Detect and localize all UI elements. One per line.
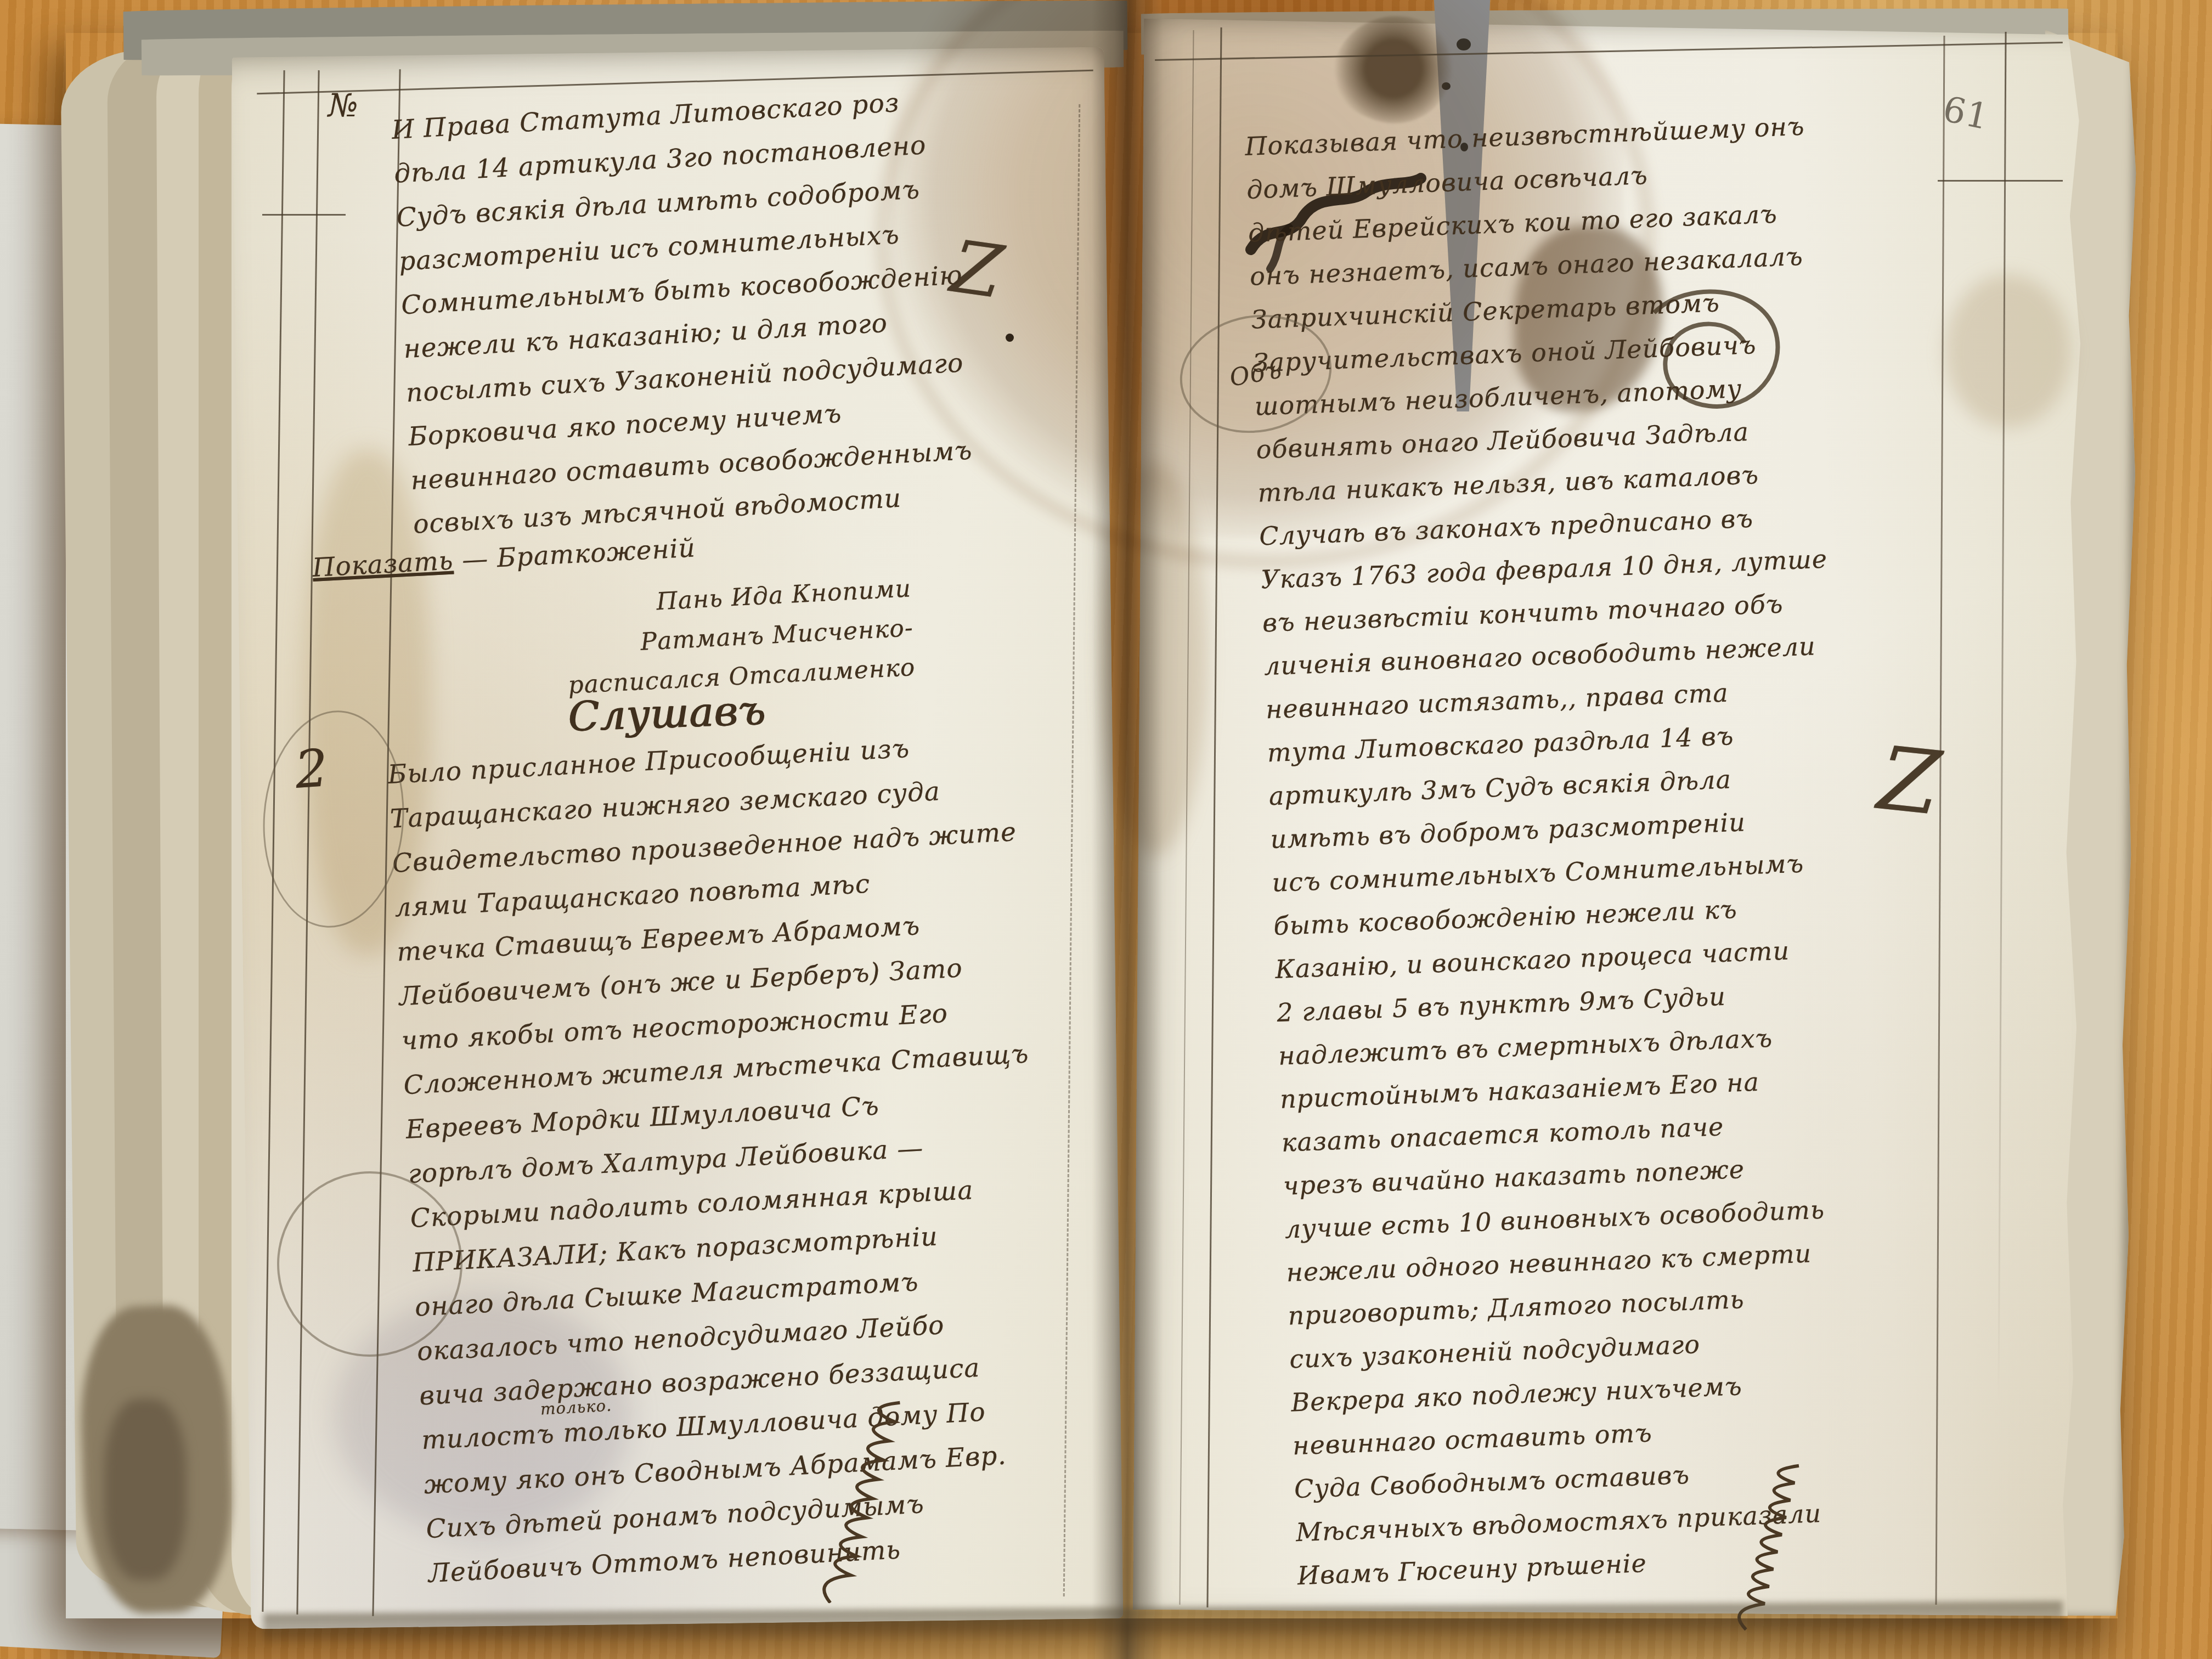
circled-margin-word-text: Объ <box>1228 356 1284 392</box>
interline-correction: только. <box>540 1396 612 1419</box>
left-page-opening-block: И Права Статута Литовскаго роздѣла 14 ар… <box>391 69 1148 547</box>
ink-dot <box>1006 334 1014 342</box>
section-heading-slushav: Слушавъ <box>567 687 766 741</box>
numero-mark: № <box>328 87 359 124</box>
right-margin-z-mark: Z <box>1874 727 1946 836</box>
right-page-block: Показывая что неизвѣстнѣйшему онъдомъ Шм… <box>1244 99 2022 1598</box>
binding-speck <box>1457 38 1471 50</box>
stack-worn-patch-dark <box>104 1399 187 1580</box>
left-page-case-block: Было присланное Присообщеніи изъТаращанс… <box>387 715 1164 1596</box>
ruled-line-short <box>262 214 346 216</box>
